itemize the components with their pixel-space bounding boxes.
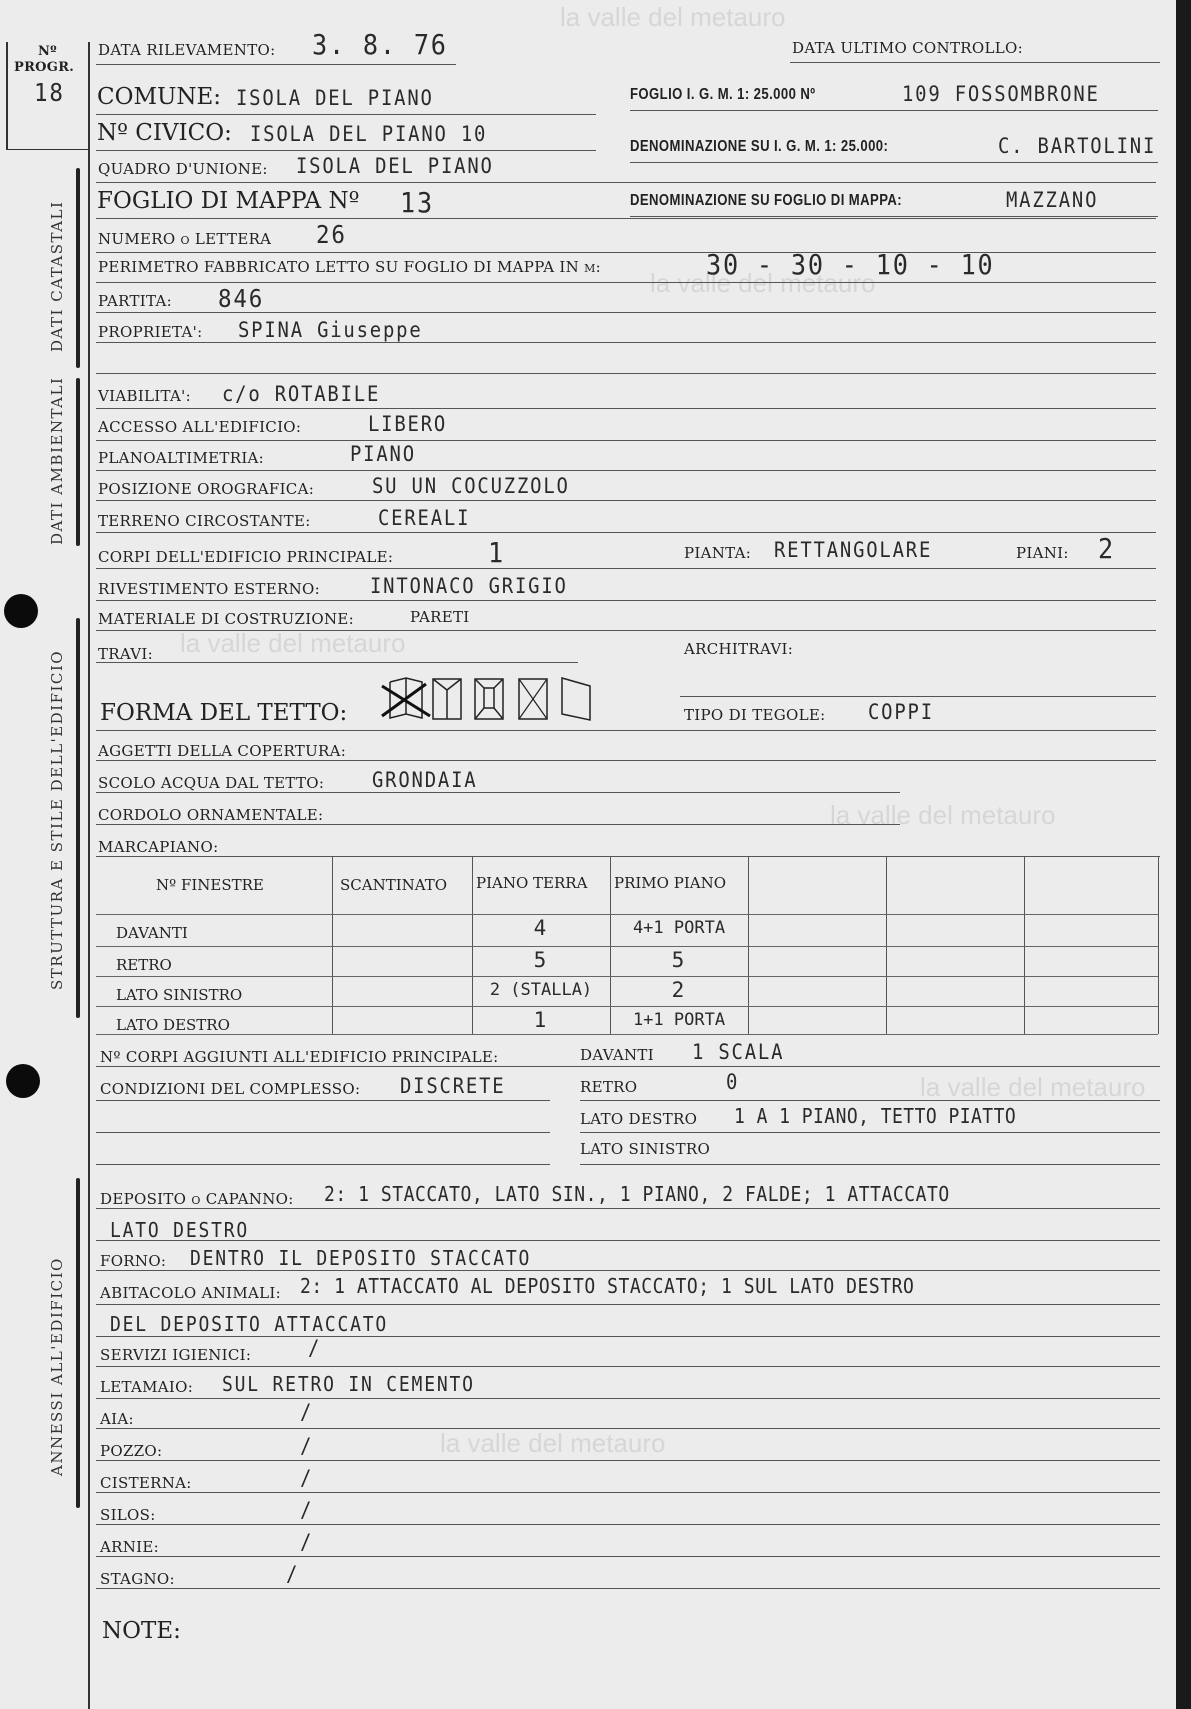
row-label: LATO SINISTRO [116, 986, 242, 1004]
section-brace [76, 168, 80, 368]
travi-label: TRAVI: [98, 645, 153, 663]
condizioni-label: CONDIZIONI DEL COMPLESSO: [100, 1080, 360, 1098]
tegole-label: TIPO DI TEGOLE: [684, 706, 826, 724]
field-underline [96, 1132, 550, 1133]
note-label: NOTE: [102, 1618, 181, 1644]
cell-scantinato[interactable] [332, 950, 472, 974]
roof-hip-one-end-icon[interactable] [430, 676, 466, 722]
denom-igm-value[interactable]: C. BARTOLINI [998, 134, 1156, 158]
architravi-value[interactable] [800, 636, 1150, 658]
letamaio-label: LETAMAIO: [100, 1378, 193, 1396]
viabilita-label: VIABILITA': [98, 387, 191, 405]
field-underline [96, 1366, 1160, 1367]
progr-label: Nº [38, 44, 57, 59]
pozzo-value[interactable]: / [300, 1434, 313, 1458]
field-underline [96, 373, 1156, 374]
cordolo-label: CORDOLO ORNAMENTALE: [98, 806, 323, 824]
field-underline [96, 114, 596, 115]
civico-value[interactable]: ISOLA DEL PIANO 10 [250, 122, 487, 146]
table-header: PIANO TERRA [476, 874, 587, 892]
aia-value[interactable]: / [300, 1400, 313, 1424]
field-underline [96, 342, 1156, 343]
data-ultimo-controllo-value[interactable] [1050, 36, 1160, 60]
table-rule [96, 1006, 1158, 1007]
field-underline [96, 662, 578, 663]
field-underline [96, 1270, 1160, 1271]
field-underline [96, 408, 1156, 409]
forno-value[interactable]: DENTRO IL DEPOSITO STACCATO [190, 1246, 531, 1270]
note-field[interactable] [100, 1650, 1160, 1705]
viabilita-value[interactable]: c/o ROTABILE [222, 382, 380, 406]
cell-piano-terra[interactable]: 5 [472, 948, 610, 972]
data-rilevamento-value[interactable]: 3. 8. 76 [312, 28, 448, 61]
field-underline [790, 62, 1160, 63]
servizi-value[interactable]: / [308, 1336, 321, 1360]
cisterna-label: CISTERNA: [100, 1474, 192, 1492]
field-underline [96, 470, 1156, 471]
corpi-label: CORPI DELL'EDIFICIO PRINCIPALE: [98, 548, 393, 566]
proprieta-label: PROPRIETA': [98, 323, 202, 341]
progr-box-border [8, 149, 88, 150]
watermark: la valle del metauro [920, 1072, 1145, 1103]
field-underline [96, 630, 1156, 631]
punch-hole [6, 1064, 40, 1098]
cell-piano-terra[interactable]: 2 (STALLA) [472, 980, 610, 1000]
cell-scantinato[interactable] [332, 920, 472, 944]
igm-value[interactable]: 109 FOSSOMBRONE [902, 82, 1100, 106]
field-underline [96, 1460, 1160, 1461]
partita-value[interactable]: 846 [218, 284, 264, 313]
posizione-value[interactable]: SU UN COCUZZOLO [372, 474, 570, 498]
punch-hole [4, 594, 38, 628]
field-underline [96, 218, 1156, 219]
condizioni-value[interactable]: DISCRETE [400, 1074, 505, 1098]
field-underline [580, 1132, 1160, 1133]
progr-box-border [6, 42, 8, 150]
cordolo-value[interactable] [350, 802, 890, 824]
cell-primo-piano[interactable]: 4+1 PORTA [610, 918, 748, 938]
marcapiano-label: MARCAPIANO: [98, 838, 218, 856]
field-underline [96, 1428, 1160, 1429]
aia-label: AIA: [100, 1410, 134, 1428]
abitacolo-value-line-1[interactable]: 2: 1 ATTACCATO AL DEPOSITO STACCATO; 1 S… [300, 1274, 914, 1298]
forma-tetto-label: FORMA DEL TETTO: [100, 700, 347, 726]
corpi-aggiunti-label: Nº CORPI AGGIUNTI ALL'EDIFICIO PRINCIPAL… [100, 1048, 499, 1066]
deposito-value-line-2[interactable]: LATO DESTRO [110, 1218, 249, 1242]
foglio-mappa-label: FOGLIO DI MAPPA Nº [97, 188, 359, 214]
table-header: Nº FINESTRE [156, 876, 264, 894]
field-underline [96, 792, 900, 793]
section-brace [76, 378, 80, 546]
field-underline [96, 252, 1156, 253]
table-divider [1024, 856, 1025, 1034]
perimetro-label: PERIMETRO FABBRICATO LETTO SU FOGLIO DI … [98, 258, 601, 276]
field-underline [96, 500, 1156, 501]
letamaio-value[interactable]: SUL RETRO IN CEMENTO [222, 1372, 475, 1396]
table-rule [96, 946, 1158, 947]
section-brace [76, 618, 80, 1018]
igm-label: FOGLIO I. G. M. 1: 25.000 Nº [630, 86, 815, 104]
field-underline [96, 182, 1156, 183]
table-divider [886, 856, 887, 1034]
materiale-label: MATERIALE DI COSTRUZIONE: [98, 610, 354, 628]
civico-label: Nº CIVICO: [97, 120, 232, 146]
row-label: DAVANTI [116, 924, 188, 942]
tegole-value[interactable]: COPPI [868, 700, 934, 724]
foglio-mappa-value[interactable]: 13 [400, 186, 434, 219]
stagno-value[interactable]: / [286, 1562, 299, 1586]
pianta-value[interactable]: RETTANGOLARE [774, 538, 932, 562]
field-underline [96, 1398, 1160, 1399]
arnie-value[interactable]: / [300, 1530, 313, 1554]
field-underline [630, 162, 1158, 163]
corpi-value[interactable]: 1 [488, 536, 505, 569]
field-underline [96, 150, 596, 151]
table-divider [748, 856, 749, 1034]
table-rule [96, 914, 1158, 915]
field-underline [96, 1066, 1160, 1067]
field-underline [580, 1164, 1160, 1165]
cell-primo-piano[interactable]: 1+1 PORTA [610, 1010, 748, 1030]
terreno-value[interactable]: CEREALI [378, 506, 470, 530]
piani-value[interactable]: 2 [1098, 532, 1115, 565]
cell-scantinato[interactable] [332, 980, 472, 1004]
lato-destro-label: LATO DESTRO [580, 1110, 697, 1128]
architravi-label: ARCHITRAVI: [684, 640, 793, 658]
scolo-label: SCOLO ACQUA DAL TETTO: [98, 774, 324, 792]
data-ultimo-controllo-label: DATA ULTIMO CONTROLLO: [792, 39, 1023, 57]
section-label-annessi: ANNESSI ALL'EDIFICIO [48, 1257, 66, 1476]
planoaltimetria-label: PLANOALTIMETRIA: [98, 449, 264, 467]
lato-sinistro-label: LATO SINISTRO [580, 1140, 710, 1158]
roof-hip-icon[interactable] [472, 676, 508, 722]
watermark: la valle del metauro [560, 2, 785, 33]
davanti-label: DAVANTI [580, 1046, 654, 1064]
deposito-label: DEPOSITO o CAPANNO: [100, 1190, 294, 1208]
field-underline [96, 1240, 1160, 1241]
silos-value[interactable]: / [300, 1498, 313, 1522]
perimetro-value[interactable]: 30 - 30 - 10 - 10 [706, 248, 995, 281]
accesso-value[interactable]: LIBERO [368, 412, 447, 436]
field-underline [96, 1556, 1160, 1557]
cell-scantinato[interactable] [332, 1010, 472, 1032]
field-underline [96, 1588, 1160, 1589]
servizi-label: SERVIZI IGIENICI: [100, 1346, 251, 1364]
field-underline [96, 1492, 1160, 1493]
field-underline [96, 568, 1156, 569]
rivestimento-label: RIVESTIMENTO ESTERNO: [98, 580, 320, 598]
field-underline [96, 1208, 1160, 1209]
terreno-label: TERRENO CIRCOSTANTE: [98, 512, 311, 530]
proprieta-value[interactable]: SPINA Giuseppe [238, 318, 423, 342]
row-label: LATO DESTRO [116, 1016, 230, 1034]
abitacolo-label: ABITACOLO ANIMALI: [100, 1284, 281, 1302]
aggetti-value[interactable] [380, 738, 1150, 760]
field-underline [96, 312, 1156, 313]
survey-form-page: la valle del metauro la valle del metaur… [0, 0, 1176, 1709]
lato-sinistro-value[interactable] [736, 1136, 1156, 1158]
davanti-value[interactable]: 1 SCALA [692, 1040, 784, 1064]
field-underline [96, 600, 1156, 601]
pozzo-label: POZZO: [100, 1442, 162, 1460]
arnie-label: ARNIE: [100, 1538, 159, 1556]
field-underline [96, 1304, 1160, 1305]
section-label-ambientali: DATI AMBIENTALI [48, 377, 66, 545]
section-label-struttura: STRUTTURA E STILE DELL'EDIFICIO [48, 650, 66, 990]
cell-piano-terra[interactable]: 1 [472, 1008, 610, 1032]
field-underline [630, 110, 1158, 111]
retro-label: RETRO [580, 1078, 637, 1096]
table-header: PRIMO PIANO [614, 874, 726, 892]
denom-mappa-label: DENOMINAZIONE SU FOGLIO DI MAPPA: [630, 192, 902, 210]
table-rule [96, 976, 1158, 977]
accesso-label: ACCESSO ALL'EDIFICIO: [98, 418, 301, 436]
cell-primo-piano[interactable]: 2 [610, 978, 748, 1002]
piani-label: PIANI: [1016, 544, 1069, 562]
progr-label: PROGR. [14, 60, 74, 75]
denom-mappa-value[interactable]: MAZZANO [1006, 188, 1098, 212]
posizione-label: POSIZIONE OROGRAFICA: [98, 480, 314, 498]
field-underline [580, 1100, 1160, 1101]
materiale-value[interactable]: PARETI [410, 608, 470, 626]
stagno-label: STAGNO: [100, 1570, 175, 1588]
row-label: RETRO [116, 956, 172, 974]
comune-value[interactable]: ISOLA DEL PIANO [236, 86, 434, 110]
cisterna-value[interactable]: / [300, 1466, 313, 1490]
pianta-label: PIANTA: [684, 544, 751, 562]
lato-destro-value[interactable]: 1 A 1 PIANO, TETTO PIATTO [734, 1104, 1016, 1128]
quadro-value[interactable]: ISOLA DEL PIANO [296, 154, 494, 178]
field-underline [96, 1100, 550, 1101]
table-divider [1158, 856, 1159, 1034]
quadro-label: QUADRO D'UNIONE: [98, 160, 268, 178]
field-underline [96, 824, 900, 825]
scan-edge [1176, 0, 1191, 1709]
table-divider [610, 856, 611, 1034]
progr-value[interactable]: 18 [34, 78, 65, 107]
field-underline [96, 532, 1156, 533]
field-underline [96, 64, 456, 65]
cell-primo-piano[interactable]: 5 [610, 948, 748, 972]
roof-single-pitch-icon[interactable] [558, 676, 594, 722]
retro-value[interactable]: 0 [726, 1070, 739, 1094]
numero-label: NUMERO o LETTERA [98, 230, 271, 248]
rivestimento-value[interactable]: INTONACO GRIGIO [370, 574, 568, 598]
travi-value[interactable] [170, 640, 570, 662]
table-divider [332, 856, 333, 1034]
silos-label: SILOS: [100, 1506, 156, 1524]
roof-pyramid-icon[interactable] [516, 676, 552, 722]
section-label-catastali: DATI CATASTALI [48, 201, 66, 352]
field-underline [96, 1164, 550, 1165]
roof-gable-icon[interactable] [380, 676, 432, 722]
section-brace [76, 1178, 80, 1508]
field-underline [630, 216, 1158, 217]
aggetti-label: AGGETTI DELLA COPERTURA: [98, 742, 346, 760]
field-underline [96, 440, 1156, 441]
field-underline [96, 760, 1156, 761]
form-left-border [88, 42, 90, 1709]
finestre-table: Nº FINESTRE SCANTINATO PIANO TERRA PRIMO… [96, 856, 1160, 1036]
scolo-value[interactable]: GRONDAIA [372, 768, 477, 792]
comune-label: COMUNE: [97, 84, 221, 110]
watermark: la valle del metauro [440, 1428, 665, 1459]
table-rule [96, 1034, 1158, 1035]
marcapiano-value[interactable] [230, 834, 1130, 854]
table-header: SCANTINATO [340, 876, 447, 894]
field-underline [96, 1336, 1160, 1337]
planoaltimetria-value[interactable]: PIANO [350, 442, 416, 466]
abitacolo-value-line-2[interactable]: DEL DEPOSITO ATTACCATO [110, 1312, 388, 1336]
partita-label: PARTITA: [98, 292, 172, 310]
numero-value[interactable]: 26 [316, 220, 347, 249]
denom-igm-label: DENOMINAZIONE SU I. G. M. 1: 25.000: [630, 138, 888, 156]
field-underline [96, 282, 1156, 283]
field-underline [680, 696, 1156, 697]
forno-label: FORNO: [100, 1252, 166, 1270]
cell-piano-terra[interactable]: 4 [472, 916, 610, 940]
field-underline [96, 1524, 1160, 1525]
deposito-value-line-1[interactable]: 2: 1 STACCATO, LATO SIN., 1 PIANO, 2 FAL… [324, 1182, 950, 1206]
data-rilevamento-label: DATA RILEVAMENTO: [98, 41, 276, 59]
field-underline [96, 730, 1156, 731]
